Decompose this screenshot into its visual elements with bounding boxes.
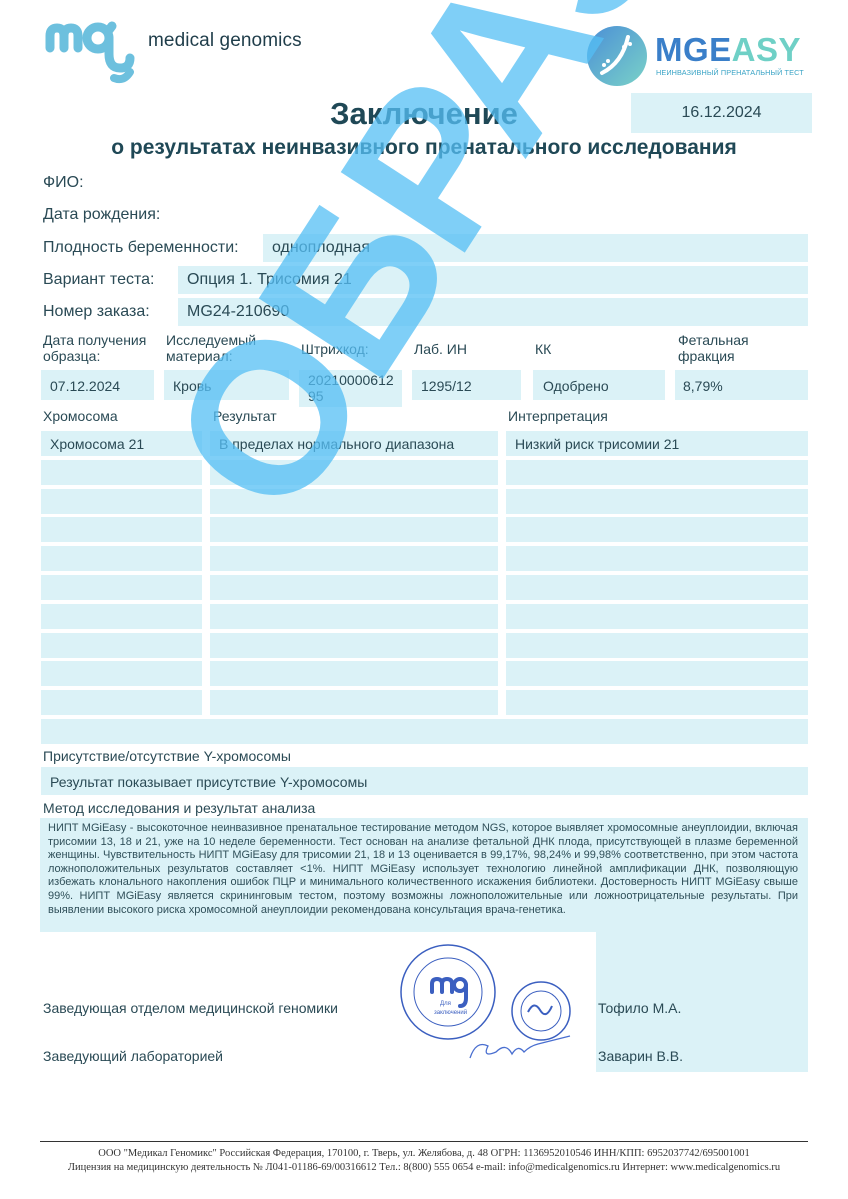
- footer-divider: [40, 1141, 808, 1142]
- results-cell: [210, 575, 498, 600]
- method-description: НИПТ MGiEasy - высокоточное неинвазивное…: [40, 818, 808, 932]
- mgeasy-wordmark: MGEASY: [655, 31, 801, 69]
- interpretation-header: Интерпретация: [508, 408, 608, 424]
- sample-date-value: 07.12.2024: [50, 378, 120, 394]
- sample-date-label-line1: Дата получения: [43, 332, 146, 348]
- company-name: medical genomics: [148, 30, 302, 52]
- results-cell: [506, 661, 808, 686]
- results-cell: [210, 489, 498, 514]
- results-cell: [506, 690, 808, 715]
- order-number-label: Номер заказа:: [43, 303, 150, 321]
- barcode-line1: 20210000612: [308, 372, 394, 388]
- signature-name-tofilo: Тофило М.А.: [598, 1000, 681, 1016]
- interpretation-value: Низкий риск трисомии 21: [515, 436, 679, 452]
- results-cell: [506, 460, 808, 485]
- chromosome-header: Хромосома: [43, 408, 118, 424]
- fetal-fraction-label: Фетальная фракция: [678, 332, 749, 364]
- mgeasy-dna-logo-icon: [586, 25, 648, 87]
- results-cell: [506, 546, 808, 571]
- barcode-label: Штрихкод:: [301, 341, 369, 357]
- results-footer-row: [41, 719, 808, 744]
- results-cell: [41, 460, 202, 485]
- signature-role-head-lab: Заведующий лабораторией: [43, 1048, 223, 1064]
- test-variant-label: Вариант теста:: [43, 271, 154, 289]
- svg-text:заключений: заключений: [434, 1009, 467, 1016]
- sample-date-label-line2: образца:: [43, 348, 146, 364]
- results-cell: [41, 489, 202, 514]
- lab-id-label: Лаб. ИН: [414, 341, 467, 357]
- material-label-line1: Исследуемый: [166, 332, 256, 348]
- results-cell: [41, 517, 202, 542]
- qc-label: КК: [535, 341, 551, 357]
- barcode-value: 20210000612 95: [308, 372, 394, 404]
- results-cell: [210, 517, 498, 542]
- qc-value: Одобрено: [543, 378, 609, 394]
- material-value: Кровь: [173, 378, 211, 394]
- results-cell: [41, 690, 202, 715]
- results-cell: [506, 633, 808, 658]
- test-variant-value: Опция 1. Трисомия 21: [187, 271, 352, 289]
- signature-name-zavarin: Заварин В.В.: [598, 1048, 683, 1064]
- results-cell: [210, 546, 498, 571]
- material-label: Исследуемый материал:: [166, 332, 256, 364]
- signature-scribble-icon: [466, 1032, 576, 1064]
- results-cell: [210, 460, 498, 485]
- results-cell: [506, 575, 808, 600]
- results-cell: [506, 517, 808, 542]
- pregnancy-value: одноплодная: [272, 239, 370, 257]
- medical-genomics-logo-icon: [44, 20, 136, 84]
- results-cell: [41, 575, 202, 600]
- results-cell: [41, 604, 202, 629]
- material-label-line2: материал:: [166, 348, 256, 364]
- lab-id-value: 1295/12: [421, 378, 472, 394]
- results-cell: [41, 661, 202, 686]
- fetal-fraction-value: 8,79%: [683, 378, 723, 394]
- svg-text:Для: Для: [440, 1001, 451, 1007]
- fetal-fraction-label-line2: фракция: [678, 348, 749, 364]
- method-label: Метод исследования и результат анализа: [43, 800, 315, 816]
- results-cell: [210, 661, 498, 686]
- y-chromosome-value: Результат показывает присутствие Y-хромо…: [50, 774, 367, 790]
- wordmark-part2: ASY: [732, 31, 801, 68]
- results-cell: [41, 546, 202, 571]
- footer-company-info: ООО "Медикал Геномикс" Российская Федера…: [0, 1148, 848, 1159]
- results-cell: [210, 633, 498, 658]
- results-cell: [506, 604, 808, 629]
- birth-date-label: Дата рождения:: [43, 206, 160, 224]
- y-chromosome-label: Присутствие/отсутствие Y-хромосомы: [43, 748, 291, 764]
- results-cell: [506, 489, 808, 514]
- order-number-value: MG24-210690: [187, 303, 289, 321]
- company-stamp-icon: Для заключений: [398, 942, 498, 1042]
- results-cell: [210, 690, 498, 715]
- fetal-fraction-label-line1: Фетальная: [678, 332, 749, 348]
- sample-date-label: Дата получения образца:: [43, 332, 146, 364]
- document-title: Заключение: [0, 96, 848, 132]
- pregnancy-label: Плодность беременности:: [43, 239, 239, 257]
- result-value: В пределах нормального диапазона: [219, 436, 454, 452]
- result-header: Результат: [213, 408, 277, 424]
- signature-role-head-genomics: Заведующая отделом медицинской геномики: [43, 1000, 338, 1016]
- barcode-line2: 95: [308, 388, 394, 404]
- chromosome-value: Хромосома 21: [50, 436, 144, 452]
- document-subtitle: о результатах неинвазивного пренатальног…: [0, 136, 848, 160]
- results-cell: [41, 633, 202, 658]
- results-cell: [210, 604, 498, 629]
- mgeasy-tagline: НЕИНВАЗИВНЫЙ ПРЕНАТАЛЬНЫЙ ТЕСТ: [656, 68, 804, 77]
- fio-label: ФИО:: [43, 174, 84, 192]
- footer-license-info: Лицензия на медицинскую деятельность № Л…: [0, 1162, 848, 1173]
- wordmark-part1: MGE: [655, 31, 732, 68]
